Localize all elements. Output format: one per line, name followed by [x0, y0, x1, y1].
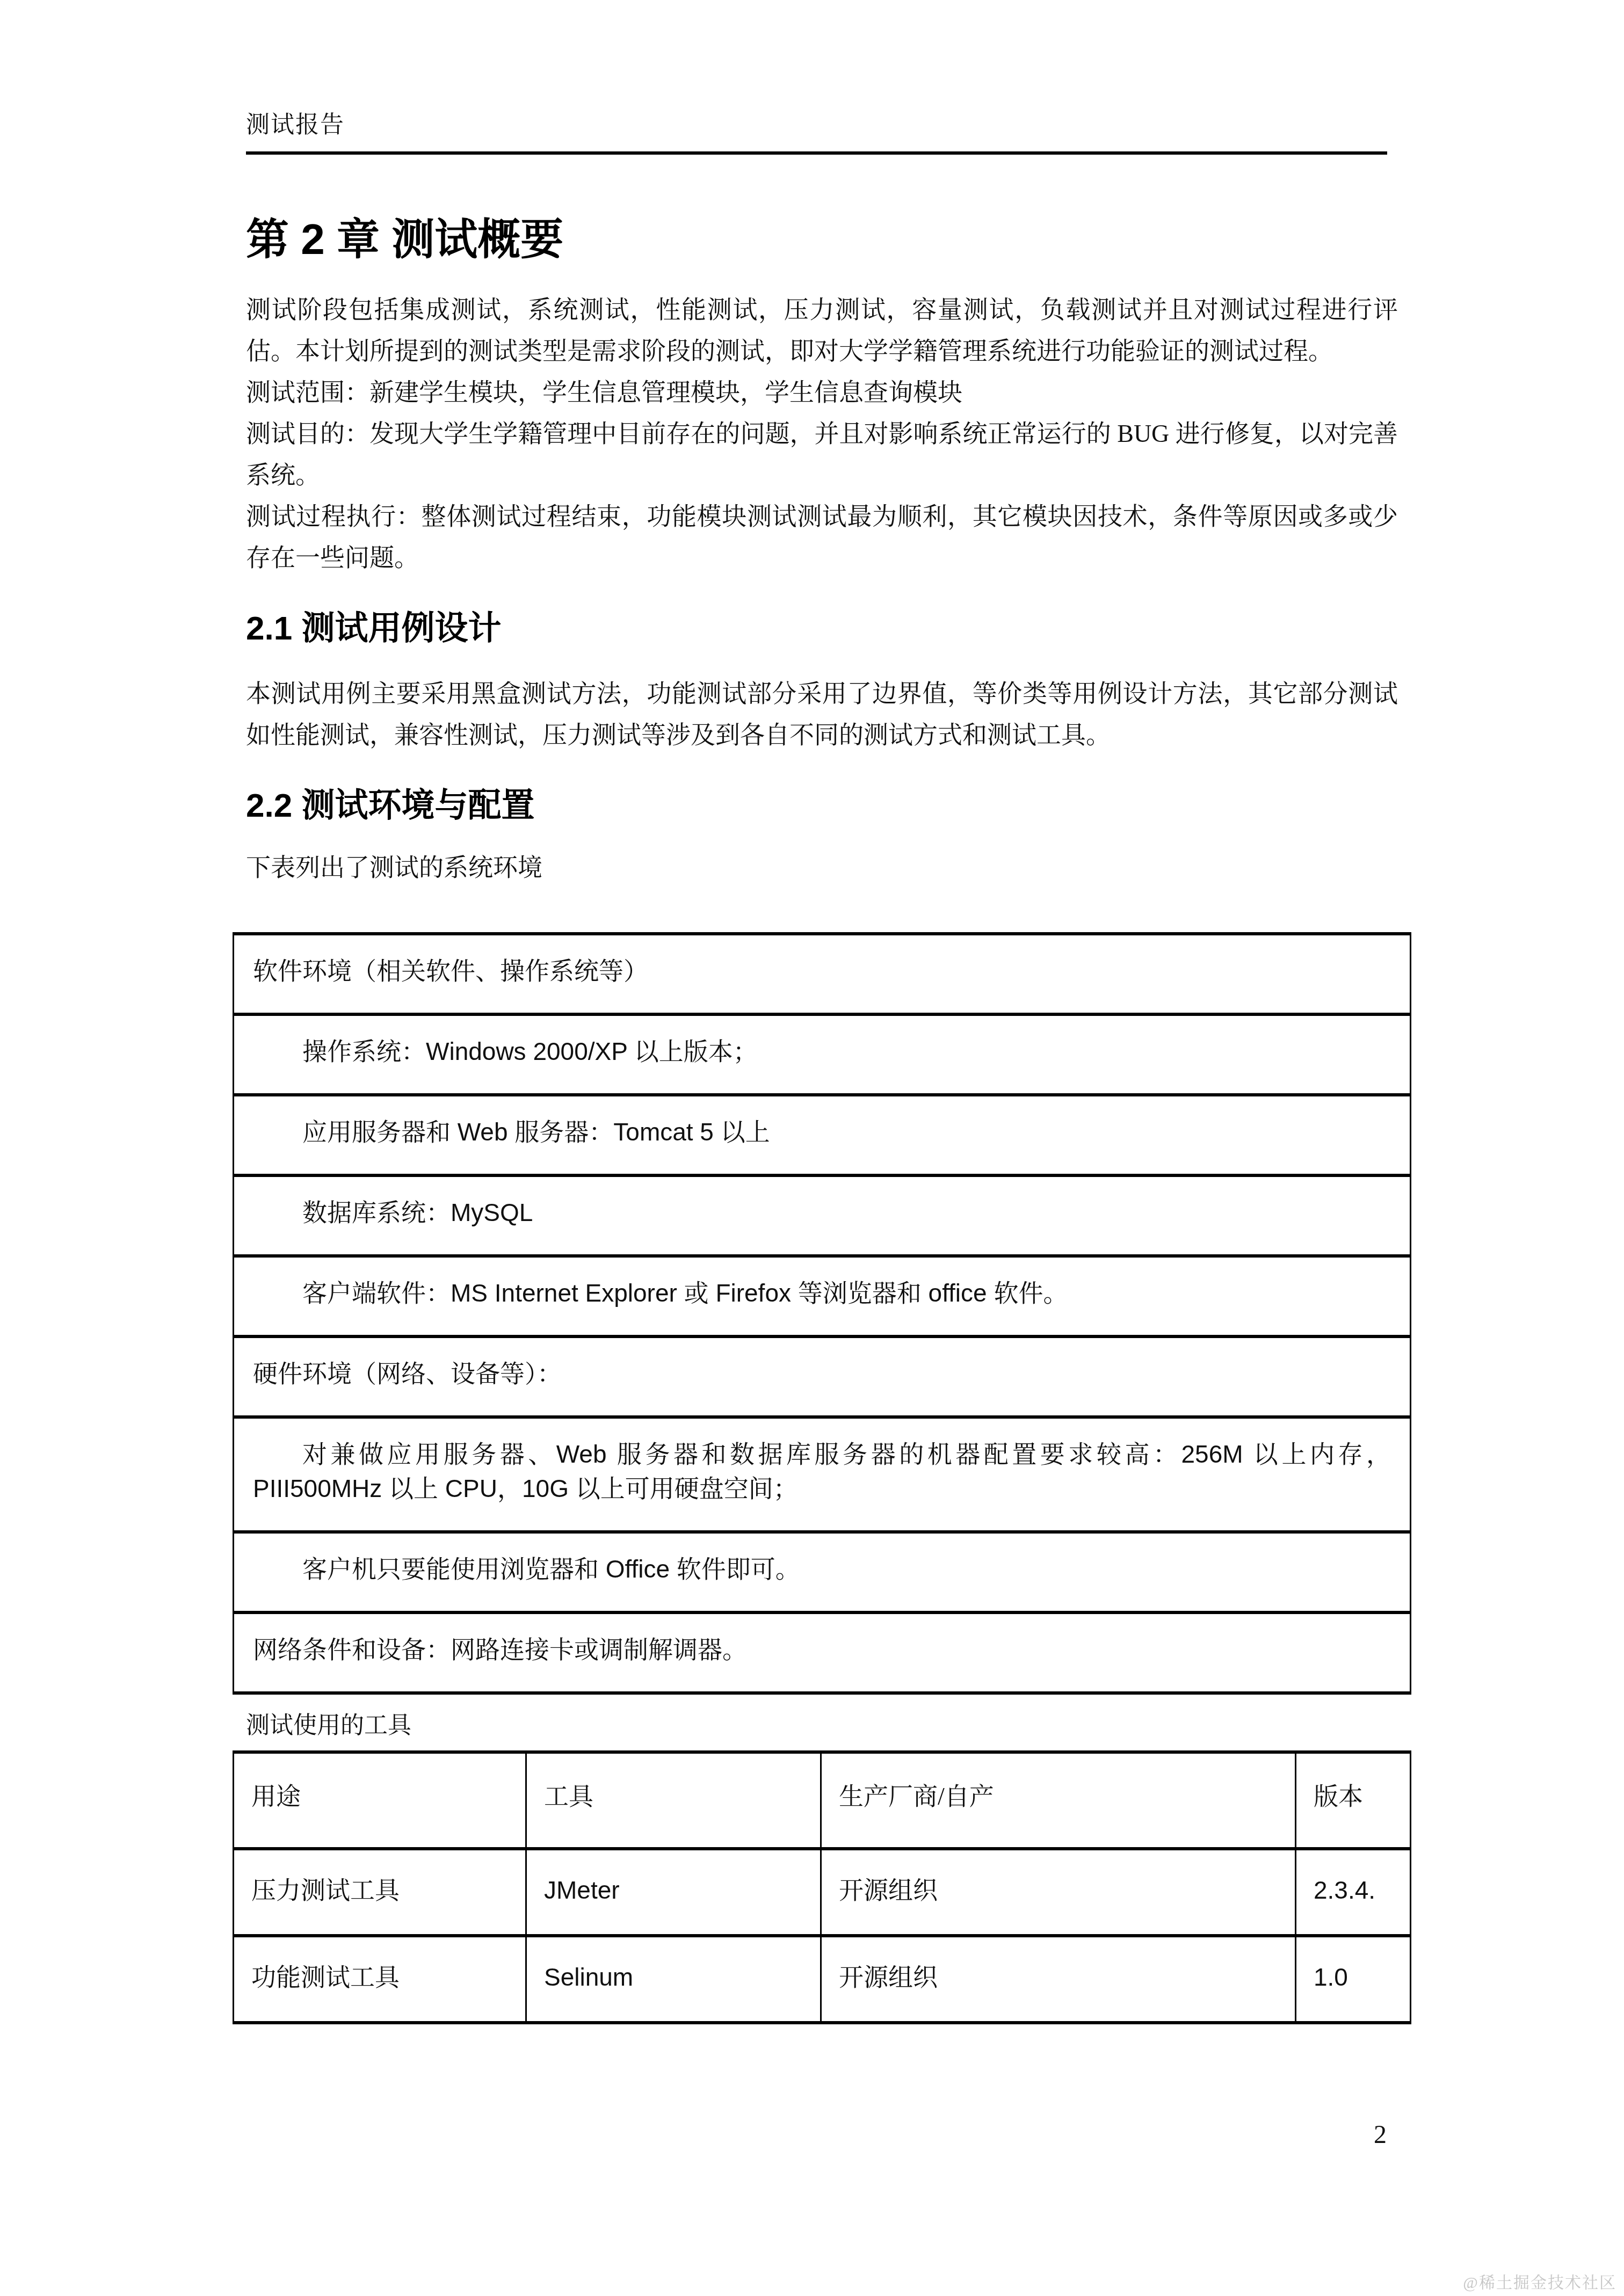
document-page: 测试报告 第 2 章 测试概要 测试阶段包括集成测试，系统测试，性能测试，压力测… [0, 0, 1624, 2296]
tools-header-vendor: 生产厂商/自产 [820, 1754, 1295, 1847]
tools-cell-purpose: 功能测试工具 [234, 1934, 525, 2021]
env-row-database: 数据库系统：MySQL [234, 1174, 1410, 1254]
tools-header-purpose: 用途 [234, 1754, 525, 1847]
chapter-heading: 第 2 章 测试概要 [246, 215, 1411, 264]
env-row-client-hardware: 客户机只要能使用浏览器和 Office 软件即可。 [234, 1530, 1410, 1611]
section-2-1-body: 本测试用例主要采用黑盒测试方法，功能测试部分采用了边界值，等价类等用例设计方法，… [246, 673, 1398, 755]
purpose-paragraph: 测试目的：发现大学生学籍管理中目前存在的问题，并且对影响系统正常运行的 BUG … [246, 413, 1398, 496]
env-row-server-hardware: 对兼做应用服务器、Web 服务器和数据库服务器的机器配置要求较高：256M 以上… [234, 1415, 1410, 1530]
tools-cell-purpose: 压力测试工具 [234, 1847, 525, 1934]
tools-table: 用途 工具 生产厂商/自产 版本 压力测试工具 JMeter 开源组织 2.3.… [233, 1750, 1411, 2024]
page-number: 2 [1374, 2120, 1387, 2150]
running-header: 测试报告 [246, 0, 1387, 155]
tools-cell-version: 2.3.4. [1295, 1847, 1410, 1934]
tools-cell-vendor: 开源组织 [820, 1847, 1295, 1934]
tools-cell-tool: Selinum [525, 1934, 820, 2021]
env-row-hardware-header: 硬件环境（网络、设备等）： [234, 1335, 1410, 1415]
tools-table-caption: 测试使用的工具 [246, 1709, 1398, 1743]
tools-header-version: 版本 [1295, 1754, 1410, 1847]
env-row-app-server: 应用服务器和 Web 服务器：Tomcat 5 以上 [234, 1093, 1410, 1174]
env-row-os: 操作系统：Windows 2000/XP 以上版本； [234, 1013, 1410, 1093]
tools-cell-version: 1.0 [1295, 1934, 1410, 2021]
environment-table: 软件环境（相关软件、操作系统等） 操作系统：Windows 2000/XP 以上… [233, 932, 1411, 1695]
section-heading-2-1: 2.1 测试用例设计 [246, 609, 1411, 648]
env-row-network: 网络条件和设备：网路连接卡或调制解调器。 [234, 1611, 1410, 1691]
env-table-lead: 下表列出了测试的系统环境 [246, 847, 1398, 888]
page-content: 测试报告 第 2 章 测试概要 测试阶段包括集成测试，系统测试，性能测试，压力测… [0, 0, 1624, 2024]
env-row-client-software: 客户端软件：MS Internet Explorer 或 Firefox 等浏览… [234, 1254, 1410, 1335]
tools-cell-tool: JMeter [525, 1847, 820, 1934]
env-row-software-header: 软件环境（相关软件、操作系统等） [234, 935, 1410, 1013]
intro-paragraph: 测试阶段包括集成测试，系统测试，性能测试，压力测试，容量测试，负载测试并且对测试… [246, 289, 1398, 372]
tools-header-tool: 工具 [525, 1754, 820, 1847]
section-heading-2-2: 2.2 测试环境与配置 [246, 787, 1411, 825]
watermark: @稀土掘金技术社区 [1463, 2269, 1616, 2293]
running-header-title: 测试报告 [246, 110, 1387, 140]
tools-cell-vendor: 开源组织 [820, 1934, 1295, 2021]
header-rule [246, 151, 1387, 155]
scope-paragraph: 测试范围：新建学生模块，学生信息管理模块，学生信息查询模块 [246, 372, 1398, 413]
process-paragraph: 测试过程执行：整体测试过程结束，功能模块测试测试最为顺利，其它模块因技术，条件等… [246, 496, 1398, 578]
